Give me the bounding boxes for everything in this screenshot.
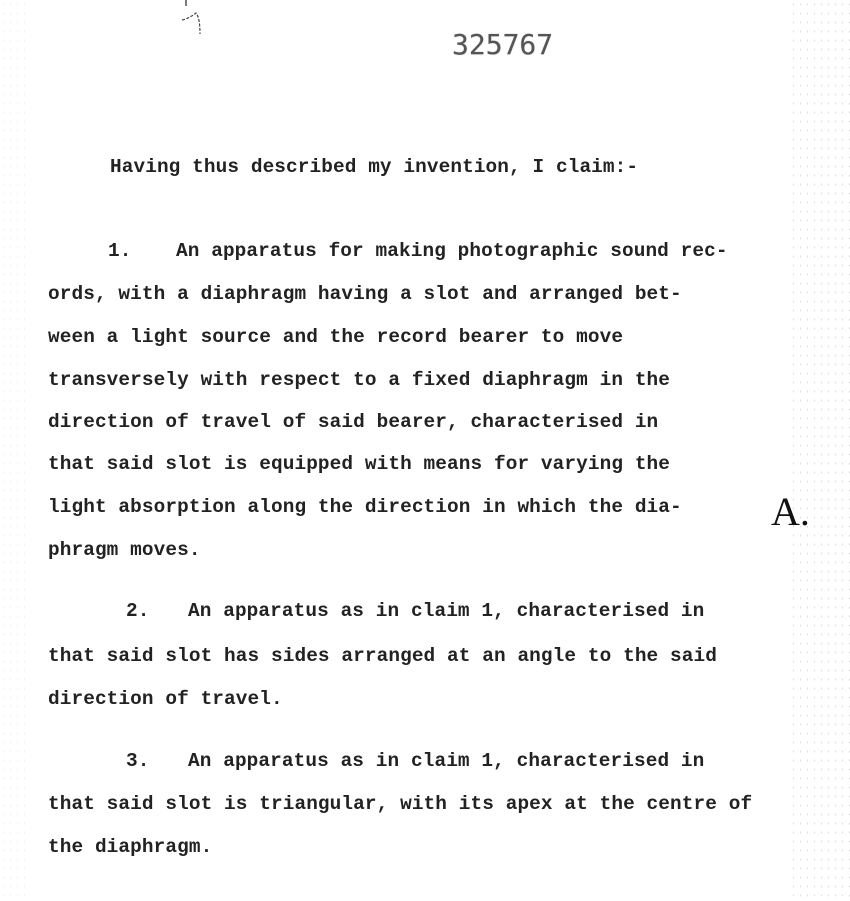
claim-line: phragm moves.: [48, 539, 201, 561]
margin-annotation: A.: [771, 488, 810, 535]
claim-line: the diaphragm.: [48, 836, 212, 858]
claim-line: direction of travel.: [48, 688, 283, 710]
claim-number: 3.: [126, 750, 149, 772]
claim-line: ween a light source and the record beare…: [48, 326, 623, 348]
claim-line: An apparatus as in claim 1, characterise…: [188, 750, 704, 772]
claim-number: 2.: [126, 600, 149, 622]
scan-noise-left: [0, 0, 30, 901]
claim-number: 1.: [108, 240, 131, 262]
claim-line: An apparatus as in claim 1, characterise…: [188, 600, 704, 622]
claim-line: that said slot is equipped with means fo…: [48, 453, 670, 475]
scan-noise-right: [790, 0, 850, 901]
claim-line: that said slot is triangular, with its a…: [48, 793, 752, 815]
claims-intro: Having thus described my invention, I cl…: [110, 156, 638, 178]
page-number: 325767: [452, 28, 553, 61]
claim-line: transversely with respect to a fixed dia…: [48, 369, 670, 391]
pencil-mark-icon: [180, 0, 220, 42]
claim-line: light absorption along the direction in …: [48, 496, 682, 518]
claim-line: that said slot has sides arranged at an …: [48, 645, 717, 667]
claim-line: direction of travel of said bearer, char…: [48, 411, 658, 433]
claim-line: An apparatus for making photographic sou…: [176, 240, 728, 262]
claim-line: ords, with a diaphragm having a slot and…: [48, 283, 682, 305]
